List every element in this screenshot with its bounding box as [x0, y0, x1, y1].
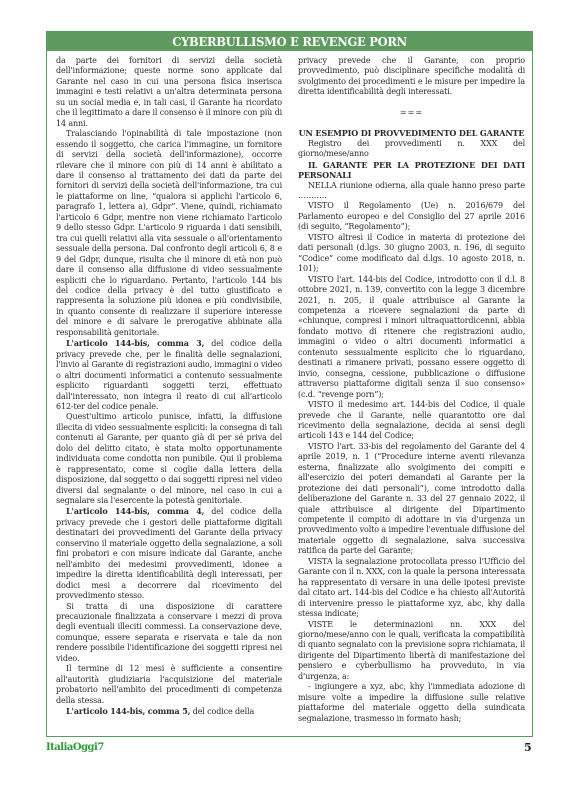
paragraph: VISTA la segnalazione protocollata press… — [298, 557, 525, 620]
paragraph-text: del codice della privacy prevede che i g… — [56, 507, 282, 600]
article-frame: CYBERBULLISMO E REVENGE PORN da parte de… — [46, 31, 533, 737]
paragraph: L'articolo 144-bis, comma 3, del codice … — [56, 338, 282, 412]
paragraph: Si tratta di una disposizione di caratte… — [56, 602, 282, 665]
section-title: CYBERBULLISMO E REVENGE PORN — [172, 34, 407, 49]
separator: === — [298, 108, 525, 118]
paragraph: VISTE le determinazioni nn. XXX del gior… — [298, 620, 525, 683]
paragraph: VISTO il Regolamento (Ue) n. 2016/679 de… — [298, 201, 525, 232]
article-reference: L'articolo 144-bis, comma 5, — [66, 706, 190, 716]
paragraph: privacy prevede che il Garante, con prop… — [298, 56, 525, 98]
publication-logo: ItaliaOggi7 — [46, 742, 104, 753]
right-column: privacy prevede che il Garante, con prop… — [298, 56, 525, 724]
left-column: da parte dei fornitori di servizi della … — [56, 56, 282, 718]
paragraph-text: del codice della privacy prevede che, pe… — [56, 339, 282, 411]
paragraph: VISTO l'art. 33-bis del regolamento del … — [298, 442, 525, 557]
paragraph: da parte dei fornitori di servizi della … — [56, 56, 282, 129]
article-reference: L'articolo 144-bis, comma 3, — [66, 338, 204, 348]
article-reference: L'articolo 144-bis, comma 4, — [66, 506, 204, 516]
section-banner: CYBERBULLISMO E REVENGE PORN — [47, 32, 532, 51]
paragraph: Il termine di 12 mesi è sufficiente a co… — [56, 664, 282, 706]
paragraph: NELLA riunione odierna, alla quale hanno… — [298, 181, 525, 202]
page-number: 5 — [524, 741, 532, 754]
paragraph: VISTO il medesimo art. 144-bis del Codic… — [298, 400, 525, 442]
paragraph: VISTO l'art. 144-bis del Codice, introdo… — [298, 275, 525, 400]
paragraph: L'articolo 144-bis, comma 4, del codice … — [56, 506, 282, 601]
paragraph: Quest'ultimo articolo punisce, infatti, … — [56, 412, 282, 506]
paragraph: L'articolo 144-bis, comma 5, del codice … — [56, 706, 282, 717]
paragraph-text: del codice della — [190, 707, 254, 716]
garante-title: IL GARANTE PER LA PROTEZIONE DEI DATI PE… — [298, 160, 525, 181]
paragraph: Registro dei provvedimenti n. XXX del gi… — [298, 139, 525, 160]
paragraph: Tralasciando l'opinabilità di tale impos… — [56, 129, 282, 338]
subheading: UN ESEMPIO DI PROVVEDIMENTO DEL GARANTE — [298, 128, 525, 138]
paragraph: VISTO altresì il Codice in materia di pr… — [298, 233, 525, 275]
paragraph: - ingiungere a xyz, abc, khy l'immediata… — [298, 682, 525, 724]
